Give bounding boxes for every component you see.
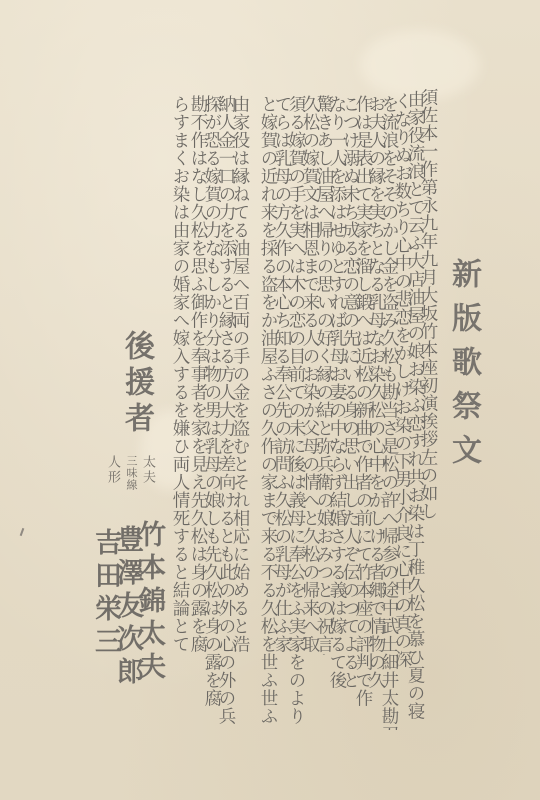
sponsors-header: 後援者 bbox=[118, 330, 158, 460]
body-column-13: と嫁賀の近れ来を採る盗をか油屋ふさの久作の家まで来る不る久松を世ふ世ふ bbox=[256, 95, 278, 735]
role-label-ningyo: 人形 bbox=[104, 455, 122, 505]
sponsor-name-ningyo: 吉田栄三 bbox=[93, 528, 125, 738]
role-label-shamisen: 三味線 bbox=[123, 455, 139, 515]
document-title: 新版歌祭文 bbox=[445, 258, 485, 498]
body-column-18: らすまくお染は由家の婚家へ嫁入するを嫌ひ両人情死すると結論とて bbox=[168, 95, 190, 665]
role-label-tayu: 太夫 bbox=[139, 455, 157, 505]
